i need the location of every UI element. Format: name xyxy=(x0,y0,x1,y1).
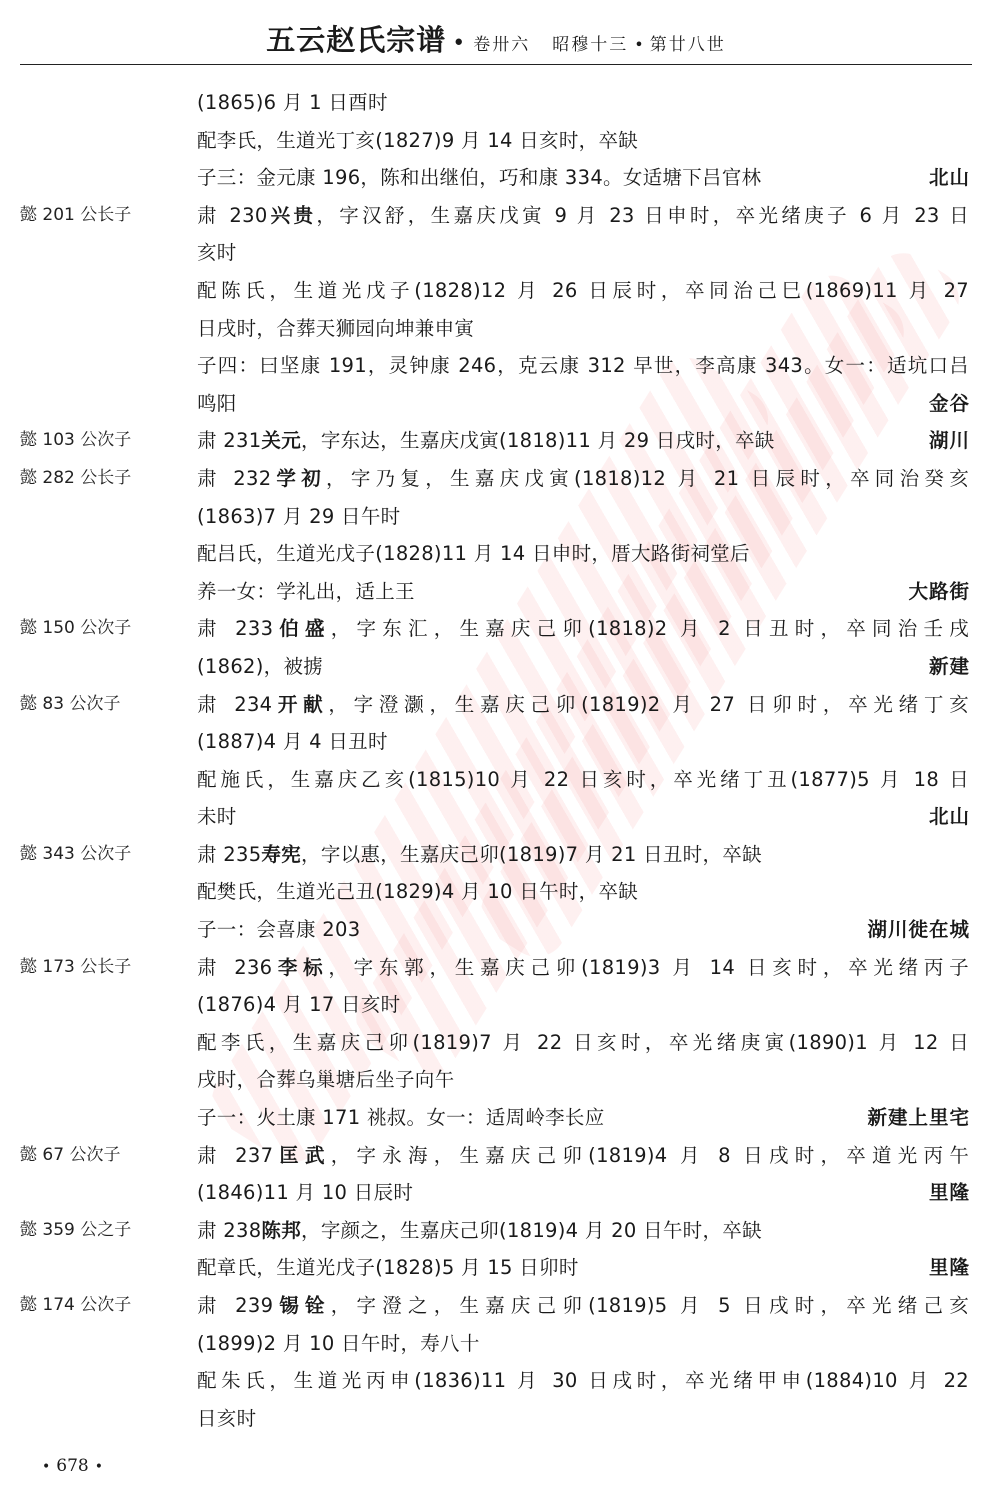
entry-line: 子四：曰坚康 191，灵钟康 246，克云康 312 早世，李高康 343。女一… xyxy=(0,347,992,385)
entry-line: 子一：会喜康 203湖川徙在城 xyxy=(0,911,992,949)
genealogy-entry: 懿 173 公长子肃 236李标，字东郭，生嘉庆己卯(1819)3 月 14 日… xyxy=(0,949,992,1137)
person-name: 关元 xyxy=(261,429,301,452)
entry-line: (1863)7 月 29 日午时 xyxy=(0,498,992,536)
line-text: ，字东达，生嘉庆戊寅(1818)11 月 29 日戌时，卒缺 xyxy=(301,429,775,452)
entry-text: 配樊氏，生道光己丑(1829)4 月 10 日午时，卒缺 xyxy=(197,873,638,911)
residence-location: 北山 xyxy=(929,159,970,197)
entry-line: (1899)2 月 10 日午时，寿八十 xyxy=(0,1325,992,1363)
entry-text: 肃 236李标，字东郭，生嘉庆己卯(1819)3 月 14 日亥时，卒光绪丙子 xyxy=(197,949,969,987)
entry-text: 配朱氏，生道光丙申(1836)11 月 30 日戌时，卒光绪甲申(1884)10… xyxy=(197,1362,969,1400)
entry-text: 子一：火土康 171 祧叔。女一：适周岭李长应 xyxy=(197,1099,605,1137)
line-text: 子三：金元康 196，陈和出继伯，巧和康 334。女适塘下吕官林 xyxy=(197,166,761,189)
line-text: 戌时，合葬乌巢塘后坐子向午 xyxy=(197,1068,454,1091)
page-header: 五云赵氏宗谱•卷卅六昭穆十三•第廿八世 xyxy=(0,18,992,62)
entry-text: 配陈氏，生道光戊子(1828)12 月 26 日辰时，卒同治己巳(1869)11… xyxy=(197,272,969,310)
genealogy-entry: 懿 343 公次子肃 235寿宪，字以惠，生嘉庆己卯(1819)7 月 21 日… xyxy=(0,836,992,949)
person-number: 肃 232 xyxy=(197,467,271,490)
entry-line: (1876)4 月 17 日亥时 xyxy=(0,986,992,1024)
entry-text: 肃 235寿宪，字以惠，生嘉庆己卯(1819)7 月 21 日丑时，卒缺 xyxy=(197,836,762,874)
person-number: 肃 237 xyxy=(197,1144,273,1167)
branch-label: 昭穆十三 xyxy=(552,35,628,55)
line-text: 配李氏，生嘉庆己卯(1819)7 月 22 日亥时，卒光绪庚寅(1890)1 月… xyxy=(197,1031,969,1054)
residence-location: 里隆 xyxy=(929,1174,970,1212)
line-text: 配施氏，生嘉庆乙亥(1815)10 月 22 日亥时，卒光绪丁丑(1877)5 … xyxy=(197,768,969,791)
entry-text: 配吕氏，生道光戊子(1828)11 月 14 日申时，厝大路街祠堂后 xyxy=(197,535,750,573)
line-text: ，字东汇，生嘉庆己卯(1818)2 月 2 日丑时，卒同治壬戌 xyxy=(331,617,969,640)
line-text: 子四：曰坚康 191，灵钟康 246，克云康 312 早世，李高康 343。女一… xyxy=(197,354,969,377)
line-text: 配吕氏，生道光戊子(1828)11 月 14 日申时，厝大路街祠堂后 xyxy=(197,542,750,565)
entry-text: 子四：曰坚康 191，灵钟康 246，克云康 312 早世，李高康 343。女一… xyxy=(197,347,969,385)
father-reference: 懿 343 公次子 xyxy=(20,836,131,874)
entry-line: 懿 150 公次子肃 233伯盛，字东汇，生嘉庆己卯(1818)2 月 2 日丑… xyxy=(0,610,992,648)
entry-text: 肃 237匡武，字永海，生嘉庆己卯(1819)4 月 8 日戌时，卒道光丙午 xyxy=(197,1137,969,1175)
entry-line: 日戌时，合葬天狮园向坤兼申寅 xyxy=(0,310,992,348)
entry-line: 配樊氏，生道光己丑(1829)4 月 10 日午时，卒缺 xyxy=(0,873,992,911)
entry-text: 子三：金元康 196，陈和出继伯，巧和康 334。女适塘下吕官林 xyxy=(197,159,761,197)
entry-text: 配李氏，生道光丁亥(1827)9 月 14 日亥时，卒缺 xyxy=(197,122,638,160)
line-text: 子一：会喜康 203 xyxy=(197,918,360,941)
residence-location: 湖川徙在城 xyxy=(867,911,970,949)
entry-line: 配李氏，生嘉庆己卯(1819)7 月 22 日亥时，卒光绪庚寅(1890)1 月… xyxy=(0,1024,992,1062)
genealogy-entry: 懿 103 公次子肃 231关元，字东达，生嘉庆戊寅(1818)11 月 29 … xyxy=(0,422,992,460)
father-reference: 懿 83 公次子 xyxy=(20,686,120,724)
genealogy-entry: 懿 67 公次子肃 237匡武，字永海，生嘉庆己卯(1819)4 月 8 日戌时… xyxy=(0,1137,992,1212)
line-text: ，字乃复，生嘉庆戊寅(1818)12 月 21 日辰时，卒同治癸亥 xyxy=(326,467,969,490)
entry-text: 配李氏，生嘉庆己卯(1819)7 月 22 日亥时，卒光绪庚寅(1890)1 月… xyxy=(197,1024,969,1062)
entry-text: 肃 239锡铨，字澄之，生嘉庆己卯(1819)5 月 5 日戌时，卒光绪己亥 xyxy=(197,1287,969,1325)
entry-line: (1862)，被掳新建 xyxy=(0,648,992,686)
residence-location: 湖川 xyxy=(929,422,970,460)
person-name: 李标 xyxy=(272,956,328,979)
line-text: ，字汉舒，生嘉庆戊寅 9 月 23 日申时，卒光绪庚子 6 月 23 日 xyxy=(316,204,969,227)
person-number: 肃 239 xyxy=(197,1294,273,1317)
person-name: 匡武 xyxy=(273,1144,330,1167)
person-name: 学初 xyxy=(271,467,326,490)
entry-text: (1887)4 月 4 日丑时 xyxy=(197,723,388,761)
entry-line: 亥时 xyxy=(0,234,992,272)
entry-line: 鸣阳金谷 xyxy=(0,385,992,423)
line-text: 日亥时 xyxy=(197,1407,256,1430)
entry-text: 肃 234开献，字澄灏，生嘉庆己卯(1819)2 月 27 日卯时，卒光绪丁亥 xyxy=(197,686,969,724)
entry-line: 子三：金元康 196，陈和出继伯，巧和康 334。女适塘下吕官林北山 xyxy=(0,159,992,197)
person-name: 寿宪 xyxy=(261,843,301,866)
entry-text: (1846)11 月 10 日辰时 xyxy=(197,1174,413,1212)
line-text: (1865)6 月 1 日酉时 xyxy=(197,91,388,114)
line-text: ，字永海，生嘉庆己卯(1819)4 月 8 日戌时，卒道光丙午 xyxy=(331,1144,969,1167)
line-text: ，字以惠，生嘉庆己卯(1819)7 月 21 日丑时，卒缺 xyxy=(301,843,762,866)
father-reference: 懿 67 公次子 xyxy=(20,1137,120,1175)
residence-location: 金谷 xyxy=(929,385,970,423)
entry-line: 未时北山 xyxy=(0,798,992,836)
entry-line: (1887)4 月 4 日丑时 xyxy=(0,723,992,761)
footer-dot-right: • xyxy=(95,1459,103,1475)
line-text: (1846)11 月 10 日辰时 xyxy=(197,1181,413,1204)
residence-location: 新建上里宅 xyxy=(867,1099,970,1137)
entry-text: (1862)，被掳 xyxy=(197,648,323,686)
entry-line: 配吕氏，生道光戊子(1828)11 月 14 日申时，厝大路街祠堂后 xyxy=(0,535,992,573)
entry-text: (1863)7 月 29 日午时 xyxy=(197,498,400,536)
person-number: 肃 231 xyxy=(197,429,261,452)
father-reference: 懿 173 公长子 xyxy=(20,949,131,987)
entry-line: 戌时，合葬乌巢塘后坐子向午 xyxy=(0,1061,992,1099)
genealogy-entry: 懿 359 公之子肃 238陈邦，字颜之，生嘉庆己卯(1819)4 月 20 日… xyxy=(0,1212,992,1287)
entry-line: 懿 173 公长子肃 236李标，字东郭，生嘉庆己卯(1819)3 月 14 日… xyxy=(0,949,992,987)
person-name: 开献 xyxy=(272,693,328,716)
person-number: 肃 234 xyxy=(197,693,272,716)
header-separator: • xyxy=(452,31,465,56)
father-reference: 懿 103 公次子 xyxy=(20,422,131,460)
entry-line: (1865)6 月 1 日酉时 xyxy=(0,84,992,122)
entry-line: 懿 343 公次子肃 235寿宪，字以惠，生嘉庆己卯(1819)7 月 21 日… xyxy=(0,836,992,874)
residence-location: 北山 xyxy=(929,798,970,836)
entry-text: 日戌时，合葬天狮园向坤兼申寅 xyxy=(197,310,474,348)
book-title: 五云赵氏宗谱 xyxy=(266,23,446,57)
line-text: (1862)，被掳 xyxy=(197,655,323,678)
genealogy-entry: 懿 83 公次子肃 234开献，字澄灏，生嘉庆己卯(1819)2 月 27 日卯… xyxy=(0,686,992,836)
entry-line: 懿 174 公次子肃 239锡铨，字澄之，生嘉庆己卯(1819)5 月 5 日戌… xyxy=(0,1287,992,1325)
entry-line: 养一女：学礼出，适上王大路街 xyxy=(0,573,992,611)
line-text: 亥时 xyxy=(197,241,237,264)
line-text: 配章氏，生道光戊子(1828)5 月 15 日卯时 xyxy=(197,1256,579,1279)
entry-line: 配章氏，生道光戊子(1828)5 月 15 日卯时里隆 xyxy=(0,1249,992,1287)
person-number: 肃 238 xyxy=(197,1219,261,1242)
line-text: ，字颜之，生嘉庆己卯(1819)4 月 20 日午时，卒缺 xyxy=(301,1219,762,1242)
genealogy-content: (1865)6 月 1 日酉时配李氏，生道光丁亥(1827)9 月 14 日亥时… xyxy=(0,84,992,1437)
line-text: 配李氏，生道光丁亥(1827)9 月 14 日亥时，卒缺 xyxy=(197,129,638,152)
entry-line: 懿 83 公次子肃 234开献，字澄灏，生嘉庆己卯(1819)2 月 27 日卯… xyxy=(0,686,992,724)
line-text: 配陈氏，生道光戊子(1828)12 月 26 日辰时，卒同治己巳(1869)11… xyxy=(197,279,969,302)
entry-text: (1865)6 月 1 日酉时 xyxy=(197,84,388,122)
line-text: 养一女：学礼出，适上王 xyxy=(197,580,415,603)
person-number: 肃 233 xyxy=(197,617,273,640)
entry-line: 配朱氏，生道光丙申(1836)11 月 30 日戌时，卒光绪甲申(1884)10… xyxy=(0,1362,992,1400)
father-reference: 懿 174 公次子 xyxy=(20,1287,131,1325)
entry-text: 肃 233伯盛，字东汇，生嘉庆己卯(1818)2 月 2 日丑时，卒同治壬戌 xyxy=(197,610,969,648)
genealogy-entry: 懿 201 公长子肃 230兴贵，字汉舒，生嘉庆戊寅 9 月 23 日申时，卒光… xyxy=(0,197,992,423)
entry-line: 日亥时 xyxy=(0,1400,992,1438)
person-name: 兴贵 xyxy=(268,204,317,227)
line-text: (1863)7 月 29 日午时 xyxy=(197,505,400,528)
person-number: 肃 235 xyxy=(197,843,261,866)
entry-line: 子一：火土康 171 祧叔。女一：适周岭李长应新建上里宅 xyxy=(0,1099,992,1137)
entry-line: 配施氏，生嘉庆乙亥(1815)10 月 22 日亥时，卒光绪丁丑(1877)5 … xyxy=(0,761,992,799)
line-text: 配樊氏，生道光己丑(1829)4 月 10 日午时，卒缺 xyxy=(197,880,638,903)
residence-location: 新建 xyxy=(929,648,970,686)
entry-text: 亥时 xyxy=(197,234,237,272)
entry-text: 戌时，合葬乌巢塘后坐子向午 xyxy=(197,1061,454,1099)
entry-text: 未时 xyxy=(197,798,237,836)
entry-line: 懿 103 公次子肃 231关元，字东达，生嘉庆戊寅(1818)11 月 29 … xyxy=(0,422,992,460)
entry-line: 懿 201 公长子肃 230兴贵，字汉舒，生嘉庆戊寅 9 月 23 日申时，卒光… xyxy=(0,197,992,235)
person-name: 陈邦 xyxy=(261,1219,301,1242)
line-text: (1899)2 月 10 日午时，寿八十 xyxy=(197,1332,480,1355)
entry-text: (1899)2 月 10 日午时，寿八十 xyxy=(197,1325,480,1363)
generation-label: 第廿八世 xyxy=(650,35,726,55)
header-divider xyxy=(20,64,972,65)
page-footer: •678• xyxy=(36,1456,109,1476)
genealogy-entry: 懿 282 公长子肃 232学初，字乃复，生嘉庆戊寅(1818)12 月 21 … xyxy=(0,460,992,610)
entry-line: 懿 359 公之子肃 238陈邦，字颜之，生嘉庆己卯(1819)4 月 20 日… xyxy=(0,1212,992,1250)
entry-text: 配章氏，生道光戊子(1828)5 月 15 日卯时 xyxy=(197,1249,579,1287)
line-text: 未时 xyxy=(197,805,237,828)
genealogy-entry: 懿 174 公次子肃 239锡铨，字澄之，生嘉庆己卯(1819)5 月 5 日戌… xyxy=(0,1287,992,1437)
volume-label: 卷卅六 xyxy=(473,35,530,55)
entry-line: 配李氏，生道光丁亥(1827)9 月 14 日亥时，卒缺 xyxy=(0,122,992,160)
person-number: 肃 236 xyxy=(197,956,272,979)
line-text: ，字澄之，生嘉庆己卯(1819)5 月 5 日戌时，卒光绪己亥 xyxy=(331,1294,969,1317)
entry-text: 日亥时 xyxy=(197,1400,256,1438)
line-text: 子一：火土康 171 祧叔。女一：适周岭李长应 xyxy=(197,1106,605,1129)
entry-line: 配陈氏，生道光戊子(1828)12 月 26 日辰时，卒同治己巳(1869)11… xyxy=(0,272,992,310)
entry-line: (1846)11 月 10 日辰时里隆 xyxy=(0,1174,992,1212)
entry-text: 配施氏，生嘉庆乙亥(1815)10 月 22 日亥时，卒光绪丁丑(1877)5 … xyxy=(197,761,969,799)
entry-text: 鸣阳 xyxy=(197,385,237,423)
father-reference: 懿 150 公次子 xyxy=(20,610,131,648)
page-number: 678 xyxy=(56,1456,88,1476)
genealogy-entry: 懿 150 公次子肃 233伯盛，字东汇，生嘉庆己卯(1818)2 月 2 日丑… xyxy=(0,610,992,685)
father-reference: 懿 282 公长子 xyxy=(20,460,131,498)
residence-location: 大路街 xyxy=(908,573,970,611)
genealogy-entry: (1865)6 月 1 日酉时配李氏，生道光丁亥(1827)9 月 14 日亥时… xyxy=(0,84,992,197)
entry-text: 肃 231关元，字东达，生嘉庆戊寅(1818)11 月 29 日戌时，卒缺 xyxy=(197,422,775,460)
entry-text: 肃 232学初，字乃复，生嘉庆戊寅(1818)12 月 21 日辰时，卒同治癸亥 xyxy=(197,460,969,498)
entry-text: (1876)4 月 17 日亥时 xyxy=(197,986,400,1024)
entry-line: 懿 67 公次子肃 237匡武，字永海，生嘉庆己卯(1819)4 月 8 日戌时… xyxy=(0,1137,992,1175)
line-text: ，字澄灏，生嘉庆己卯(1819)2 月 27 日卯时，卒光绪丁亥 xyxy=(328,693,969,716)
person-name: 伯盛 xyxy=(273,617,330,640)
entry-text: 子一：会喜康 203 xyxy=(197,911,360,949)
line-text: (1876)4 月 17 日亥时 xyxy=(197,993,400,1016)
header-separator-2: • xyxy=(634,35,643,54)
entry-line: 懿 282 公长子肃 232学初，字乃复，生嘉庆戊寅(1818)12 月 21 … xyxy=(0,460,992,498)
residence-location: 里隆 xyxy=(929,1249,970,1287)
father-reference: 懿 359 公之子 xyxy=(20,1212,131,1250)
line-text: 日戌时，合葬天狮园向坤兼申寅 xyxy=(197,317,474,340)
entry-text: 肃 230兴贵，字汉舒，生嘉庆戊寅 9 月 23 日申时，卒光绪庚子 6 月 2… xyxy=(197,197,969,235)
person-number: 肃 230 xyxy=(197,204,268,227)
line-text: 鸣阳 xyxy=(197,392,237,415)
entry-text: 养一女：学礼出，适上王 xyxy=(197,573,415,611)
footer-dot-left: • xyxy=(42,1459,50,1475)
line-text: 配朱氏，生道光丙申(1836)11 月 30 日戌时，卒光绪甲申(1884)10… xyxy=(197,1369,969,1392)
entry-text: 肃 238陈邦，字颜之，生嘉庆己卯(1819)4 月 20 日午时，卒缺 xyxy=(197,1212,762,1250)
line-text: ，字东郭，生嘉庆己卯(1819)3 月 14 日亥时，卒光绪丙子 xyxy=(328,956,969,979)
person-name: 锡铨 xyxy=(273,1294,330,1317)
father-reference: 懿 201 公长子 xyxy=(20,197,131,235)
line-text: (1887)4 月 4 日丑时 xyxy=(197,730,388,753)
